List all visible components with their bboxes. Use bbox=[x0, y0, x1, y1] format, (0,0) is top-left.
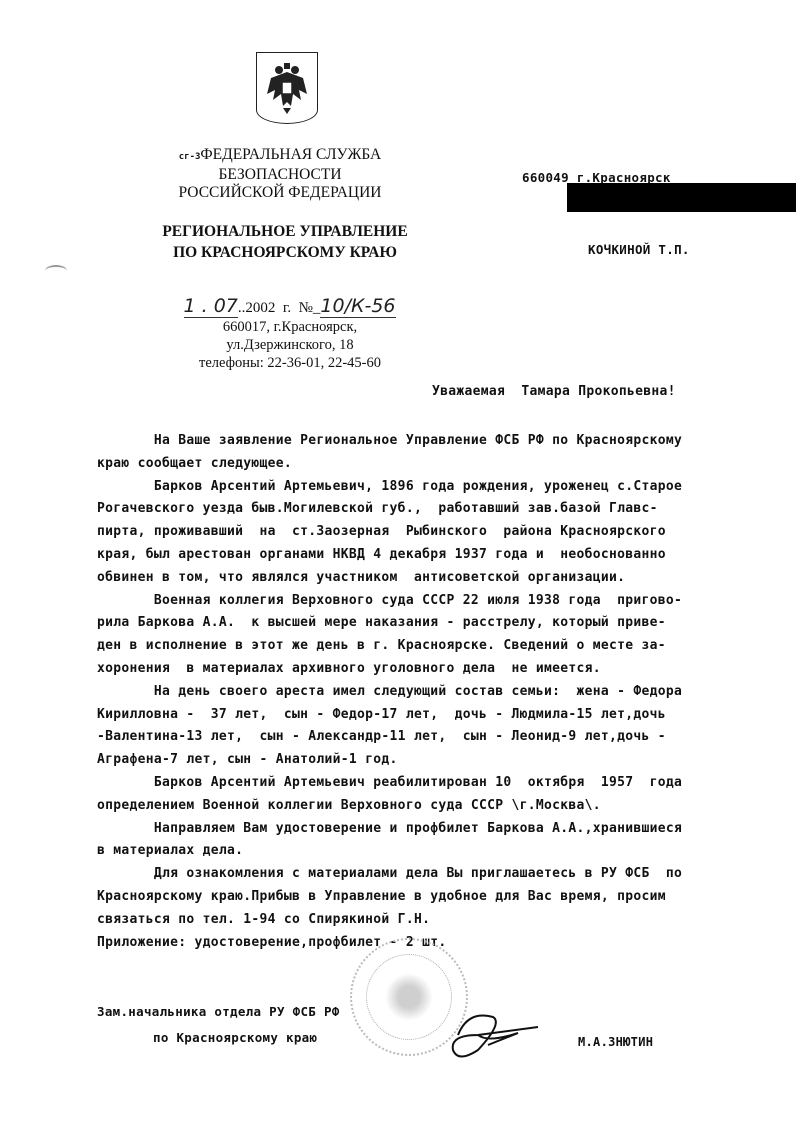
body-line: краю сообщает следующее. bbox=[97, 453, 787, 476]
handwritten-date: 1 . 07 bbox=[184, 295, 238, 318]
sender-address: 660017, г.Красноярск, ул.Дзержинского, 1… bbox=[160, 318, 420, 372]
body-line: обвинен в том, что являлся участником ан… bbox=[97, 567, 787, 590]
body-line: рила Баркова А.А. к высшей мере наказани… bbox=[97, 612, 787, 635]
address-line-1: 660017, г.Красноярск, bbox=[160, 318, 420, 336]
dept-line-1: РЕГИОНАЛЬНОЕ УПРАВЛЕНИЕ bbox=[140, 221, 430, 242]
reference-mark: сг-3 bbox=[179, 152, 201, 162]
org-line-2: БЕЗОПАСНОСТИ bbox=[150, 166, 410, 184]
signatory-title-1: Зам.начальника отдела РУ ФСБ РФ bbox=[97, 1004, 340, 1019]
body-line: Рогачевского уезда быв.Могилевской губ.,… bbox=[97, 498, 787, 521]
scan-edge-mark bbox=[45, 265, 67, 277]
salutation: Уважаемая Тамара Прокопьевна! bbox=[432, 384, 676, 399]
date-number-line: 1 . 07..2002 г. №_10/К-56 bbox=[176, 278, 396, 317]
body-line: пирта, проживавший на ст.Заозерная Рыбин… bbox=[97, 521, 787, 544]
org-line-1: ФЕДЕРАЛЬНАЯ СЛУЖБА bbox=[200, 146, 381, 163]
dept-line-2: ПО КРАСНОЯРСКОМУ КРАЮ bbox=[140, 242, 430, 263]
body-line: Для ознакомления с материалами дела Вы п… bbox=[97, 863, 787, 886]
body-line: Красноярскому краю.Прибыв в Управление в… bbox=[97, 886, 787, 909]
department-header: РЕГИОНАЛЬНОЕ УПРАВЛЕНИЕ ПО КРАСНОЯРСКОМУ… bbox=[140, 221, 430, 263]
body-line: хоронения в материалах архивного уголовн… bbox=[97, 658, 787, 681]
seal-emblem-icon bbox=[366, 954, 452, 1040]
body-line: Барков Арсентий Артемьевич, 1896 года ро… bbox=[97, 476, 787, 499]
body-line: определением Военной коллегии Верховного… bbox=[97, 795, 787, 818]
body-line: связаться по тел. 1-94 со Спирякиной Г.Н… bbox=[97, 909, 787, 932]
body-line: -Валентина-13 лет, сын - Александр-11 ле… bbox=[97, 726, 787, 749]
letter-body: На Ваше заявление Региональное Управлени… bbox=[97, 430, 787, 954]
signatory-title-2: по Красноярскому краю bbox=[153, 1030, 317, 1045]
org-line-3: РОССИЙСКОЙ ФЕДЕРАЦИИ bbox=[150, 184, 410, 202]
body-line: края, был арестован органами НКВД 4 дека… bbox=[97, 544, 787, 567]
double-headed-eagle-icon bbox=[263, 60, 311, 116]
handwritten-signature-icon bbox=[448, 1005, 544, 1065]
body-line: Направляем Вам удостоверение и профбилет… bbox=[97, 818, 787, 841]
body-line: На Ваше заявление Региональное Управлени… bbox=[97, 430, 787, 453]
body-line: в материалах дела. bbox=[97, 840, 787, 863]
printed-date: ..2002 г. №_ bbox=[238, 300, 321, 316]
address-line-3: телефоны: 22-36-01, 22-45-60 bbox=[160, 354, 420, 372]
signatory-name: М.А.ЗНЮТИН bbox=[578, 1035, 653, 1049]
handwritten-number: 10/К-56 bbox=[320, 295, 395, 318]
body-line: ден в исполнение в этот же день в г. Кра… bbox=[97, 635, 787, 658]
body-line: Военная коллегия Верховного суда СССР 22… bbox=[97, 590, 787, 613]
body-line: Барков Арсентий Артемьевич реабилитирова… bbox=[97, 772, 787, 795]
body-line: На день своего ареста имел следующий сос… bbox=[97, 681, 787, 704]
body-line: Кирилловна - 37 лет, сын - Федор-17 лет,… bbox=[97, 704, 787, 727]
recipient-name: КОЧКИНОЙ Т.П. bbox=[588, 242, 690, 257]
coat-of-arms-emblem bbox=[256, 52, 318, 124]
organization-header: сг-3ФЕДЕРАЛЬНАЯ СЛУЖБА БЕЗОПАСНОСТИ РОСС… bbox=[150, 146, 410, 202]
body-line: Аграфена-7 лет, сын - Анатолий-1 год. bbox=[97, 749, 787, 772]
redacted-address bbox=[567, 183, 796, 212]
address-line-2: ул.Дзержинского, 18 bbox=[160, 336, 420, 354]
